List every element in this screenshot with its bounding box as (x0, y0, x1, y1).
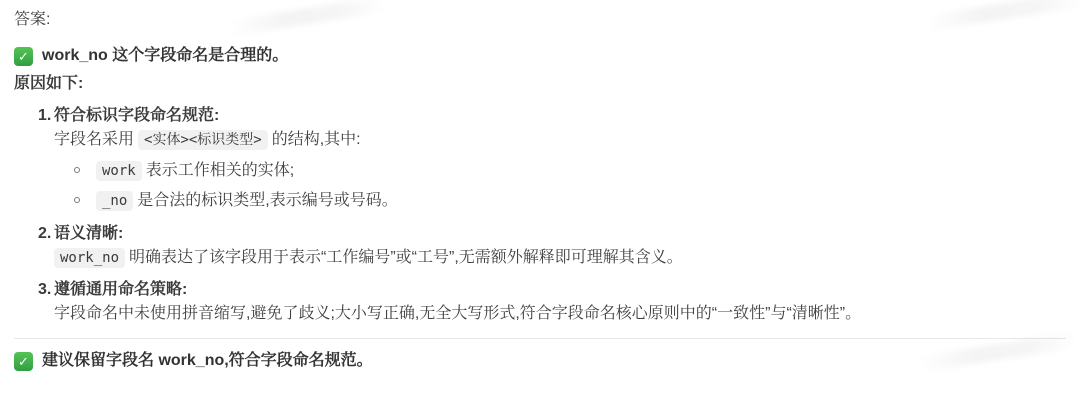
sub-list: work表示工作相关的实体; _no是合法的标识类型,表示编号或号码。 (74, 158, 1066, 214)
sub-item: _no是合法的标识类型,表示编号或号码。 (74, 188, 1066, 214)
answer-label: 答案: (14, 8, 1066, 32)
reason-list: 1. 符合标识字段命名规范: 字段名采用<实体><标识类型>的结构,其中: wo… (38, 104, 1066, 326)
reasons-label: 原因如下: (14, 72, 1066, 96)
sub-item-text: 是合法的标识类型,表示编号或号码。 (137, 192, 397, 209)
reason-body-prefix: 字段名采用 (54, 131, 134, 148)
divider (14, 338, 1066, 339)
reason-title: 遵循通用命名策略: (54, 281, 187, 298)
reason-title: 符合标识字段命名规范: (54, 107, 219, 124)
list-number: 2. (38, 222, 51, 246)
recommendation-line: ✓ 建议保留字段名 work_no,符合字段命名规范。 (14, 349, 1066, 373)
reason-title-line: 2. 语义清晰: (38, 222, 1066, 246)
list-number: 1. (38, 104, 51, 128)
reason-title: 语义清晰: (54, 225, 123, 242)
reason-body: 字段命名中未使用拼音缩写,避免了歧义;大小写正确,无全大写形式,符合字段命名核心… (38, 302, 1066, 326)
reason-body-suffix: 的结构,其中: (272, 131, 361, 148)
reason-body-text: 字段命名中未使用拼音缩写,避免了歧义;大小写正确,无全大写形式,符合字段命名核心… (54, 305, 861, 322)
reason-body: 字段名采用<实体><标识类型>的结构,其中: (38, 128, 1066, 152)
circle-bullet-icon (74, 167, 80, 173)
conclusion-line: ✓ work_no 这个字段命名是合理的。 (14, 44, 1066, 68)
conclusion-text: work_no 这个字段命名是合理的。 (42, 44, 288, 68)
inline-code: <实体><标识类型> (138, 130, 268, 150)
reason-body: work_no明确表达了该字段用于表示“工作编号”或“工号”,无需额外解释即可理… (38, 246, 1066, 270)
sub-item-text: 表示工作相关的实体; (146, 162, 294, 179)
sub-item: work表示工作相关的实体; (74, 158, 1066, 184)
check-mark-icon: ✓ (14, 47, 33, 66)
check-mark-icon: ✓ (14, 352, 33, 371)
reason-item-2: 2. 语义清晰: work_no明确表达了该字段用于表示“工作编号”或“工号”,… (38, 222, 1066, 270)
reason-title-line: 3. 遵循通用命名策略: (38, 278, 1066, 302)
reason-item-1: 1. 符合标识字段命名规范: 字段名采用<实体><标识类型>的结构,其中: wo… (38, 104, 1066, 214)
list-number: 3. (38, 278, 51, 302)
inline-code: _no (96, 191, 133, 211)
reason-body-text: 明确表达了该字段用于表示“工作编号”或“工号”,无需额外解释即可理解其含义。 (129, 249, 683, 266)
inline-code: work_no (54, 248, 125, 268)
circle-bullet-icon (74, 197, 80, 203)
answer-document: 答案: ✓ work_no 这个字段命名是合理的。 原因如下: 1. 符合标识字… (0, 0, 1080, 396)
reason-title-line: 1. 符合标识字段命名规范: (38, 104, 1066, 128)
inline-code: work (96, 161, 142, 181)
recommendation-text: 建议保留字段名 work_no,符合字段命名规范。 (42, 349, 373, 373)
reason-item-3: 3. 遵循通用命名策略: 字段命名中未使用拼音缩写,避免了歧义;大小写正确,无全… (38, 278, 1066, 326)
